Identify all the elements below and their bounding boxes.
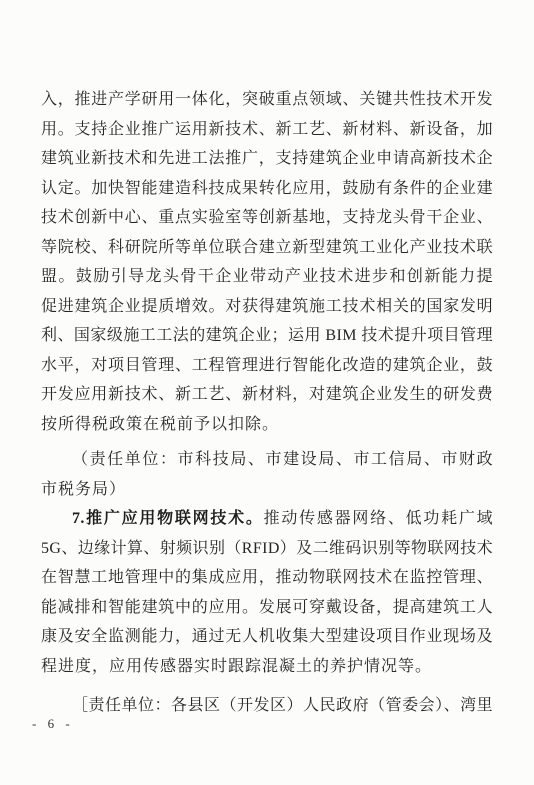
- text-line: 开发应用新技术、新工艺、新材料，对建筑企业发生的研发费用: [41, 380, 493, 410]
- text-line: ［责任单位：各县区（开发区）人民政府（管委会）、湾里: [41, 691, 493, 721]
- text-line: 程进度，应用传感器实时跟踪混凝土的养护情况等。: [41, 652, 493, 682]
- text-line: 水平，对项目管理、工程管理进行智能化改造的建筑企业，鼓励: [41, 351, 493, 381]
- text-line: 按所得税政策在税前予以扣除。: [41, 410, 493, 440]
- text-line: 在智慧工地管理中的集成应用，推动物联网技术在监控管理、节: [41, 563, 493, 593]
- text-line: 建筑业新技术和先进工法推广，支持建筑企业申请高新技术企业: [41, 144, 493, 174]
- text-line: 技术创新中心、重点实验室等创新基地，支持龙头骨干企业、高: [41, 203, 493, 233]
- page-number: - 6 -: [32, 715, 74, 733]
- text-line: 等院校、科研院所等单位联合建立新型建筑工业化产业技术联: [41, 233, 493, 263]
- document-page: 入，推进产学研用一体化，突破重点领域、关键共性技术开发应用。支持企业推广运用新技…: [0, 0, 534, 785]
- text-line: 能减排和智能建筑中的应用。发展可穿戴设备，提高建筑工人健: [41, 593, 493, 623]
- text-line: 促进建筑企业提质增效。对获得建筑施工技术相关的国家发明专: [41, 292, 493, 322]
- text-line: 利、国家级施工工法的建筑企业；运用 BIM 技术提升项目管理: [41, 321, 493, 351]
- text-line: 康及安全监测能力，通过无人机收集大型建设项目作业现场及工: [41, 622, 493, 652]
- text-line: （责任单位：市科技局、市建设局、市工信局、市财政局、: [41, 445, 493, 475]
- text-block: 入，推进产学研用一体化，突破重点领域、关键共性技术开发应用。支持企业推广运用新技…: [41, 85, 493, 721]
- text-line: 市税务局）: [41, 475, 493, 505]
- text-line: 用。支持企业推广运用新技术、新工艺、新材料、新设备，加强: [41, 115, 493, 145]
- text-line: 认定。加快智能建造科技成果转化应用，鼓励有条件的企业建立: [41, 174, 493, 204]
- text-line: 盟。鼓励引导龙头骨干企业带动产业技术进步和创新能力提高，: [41, 262, 493, 292]
- section-heading-bold: 7.推广应用物联网技术。: [72, 510, 264, 527]
- text-line: 入，推进产学研用一体化，突破重点领域、关键共性技术开发应: [41, 85, 493, 115]
- text-line: 7.推广应用物联网技术。推动传感器网络、低功耗广域网、: [41, 504, 493, 534]
- text-line: 5G、边缘计算、射频识别（RFID）及二维码识别等物联网技术: [41, 534, 493, 564]
